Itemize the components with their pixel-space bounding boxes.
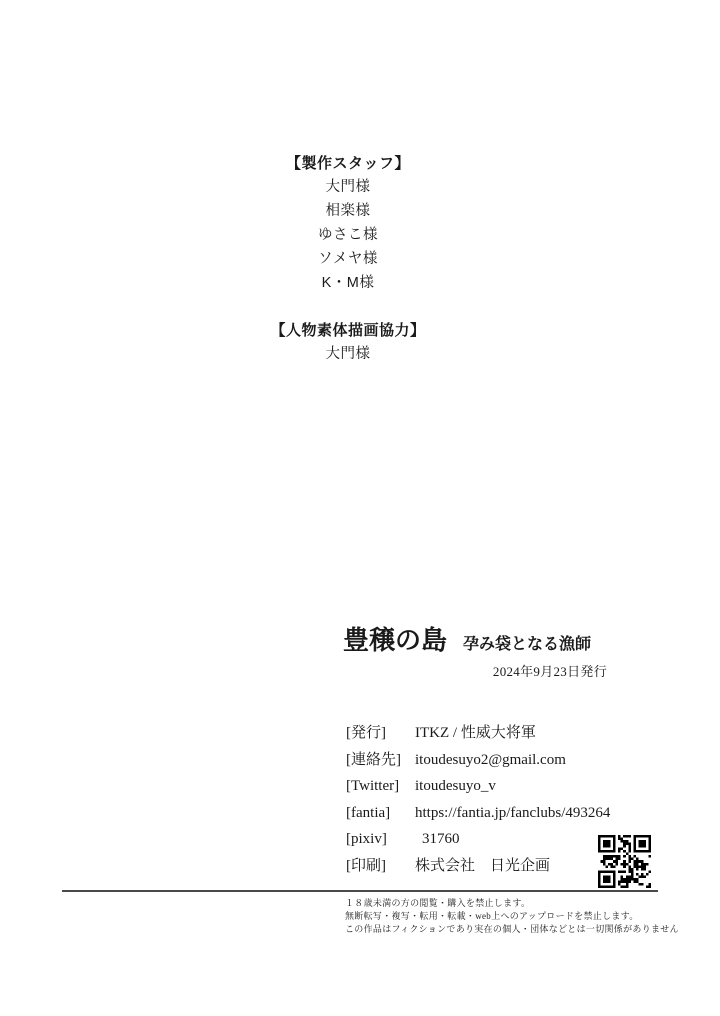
- staff-name-4: ソメヤ様: [0, 247, 696, 271]
- colophon-row-pixiv: [pixiv] 31760: [346, 826, 610, 853]
- publish-date: 2024年9月23日発行: [493, 661, 607, 680]
- staff-section: 【製作スタッフ】 大門様 相楽様 ゆさこ様 ソメヤ様 K・M様: [0, 153, 696, 295]
- assist-name-1: 大門様: [0, 342, 696, 366]
- staff-name-2: 相楽様: [0, 199, 696, 223]
- colophon-value: itoudesuyo_v: [415, 773, 496, 800]
- colophon-label: [pixiv]: [346, 826, 415, 853]
- colophon-value: ITKZ / 性威大将軍: [415, 720, 536, 747]
- colophon-value: 31760: [415, 826, 460, 853]
- colophon-value: itoudesuyo2@gmail.com: [415, 747, 566, 774]
- colophon-label: [fantia]: [346, 800, 415, 827]
- colophon-label: [Twitter]: [346, 773, 415, 800]
- staff-heading: 【製作スタッフ】: [0, 153, 696, 175]
- staff-name-1: 大門様: [0, 175, 696, 199]
- colophon-page: 【製作スタッフ】 大門様 相楽様 ゆさこ様 ソメヤ様 K・M様 【人物素体描画協…: [0, 0, 720, 1016]
- colophon-row-printer: [印刷] 株式会社 日光企画: [346, 853, 610, 880]
- title-block: 豊穣の島 孕み袋となる漁師: [343, 620, 591, 657]
- disclaimer-line-2: 無断転写・複写・転用・転載・web上へのアップロードを禁止します。: [345, 910, 679, 923]
- book-subtitle: 孕み袋となる漁師: [463, 631, 591, 654]
- book-title: 豊穣の島: [343, 620, 447, 657]
- disclaimer-line-3: この作品はフィクションであり実在の個人・団体などとは一切関係がありません: [345, 923, 679, 936]
- colophon-label: [発行]: [346, 720, 415, 747]
- colophon-label: [印刷]: [346, 853, 415, 880]
- staff-name-5: K・M様: [0, 271, 696, 295]
- assist-heading: 【人物素体描画協力】: [0, 320, 696, 342]
- staff-name-3: ゆさこ様: [0, 223, 696, 247]
- colophon-list: [発行] ITKZ / 性威大将軍 [連絡先] itoudesuyo2@gmai…: [346, 720, 610, 879]
- disclaimer-line-1: １８歳未満の方の閲覧・購入を禁止します。: [345, 897, 679, 910]
- colophon-row-contact: [連絡先] itoudesuyo2@gmail.com: [346, 747, 610, 774]
- colophon-value: 株式会社 日光企画: [415, 853, 550, 880]
- colophon-value: https://fantia.jp/fanclubs/493264: [415, 800, 610, 827]
- colophon-row-publisher: [発行] ITKZ / 性威大将軍: [346, 720, 610, 747]
- colophon-label: [連絡先]: [346, 747, 415, 774]
- divider-rule: [62, 890, 658, 892]
- qr-code-icon: [598, 835, 651, 888]
- colophon-row-twitter: [Twitter] itoudesuyo_v: [346, 773, 610, 800]
- disclaimer: １８歳未満の方の閲覧・購入を禁止します。 無断転写・複写・転用・転載・web上へ…: [345, 897, 679, 936]
- assist-section: 【人物素体描画協力】 大門様: [0, 320, 696, 366]
- colophon-row-fantia: [fantia] https://fantia.jp/fanclubs/4932…: [346, 800, 610, 827]
